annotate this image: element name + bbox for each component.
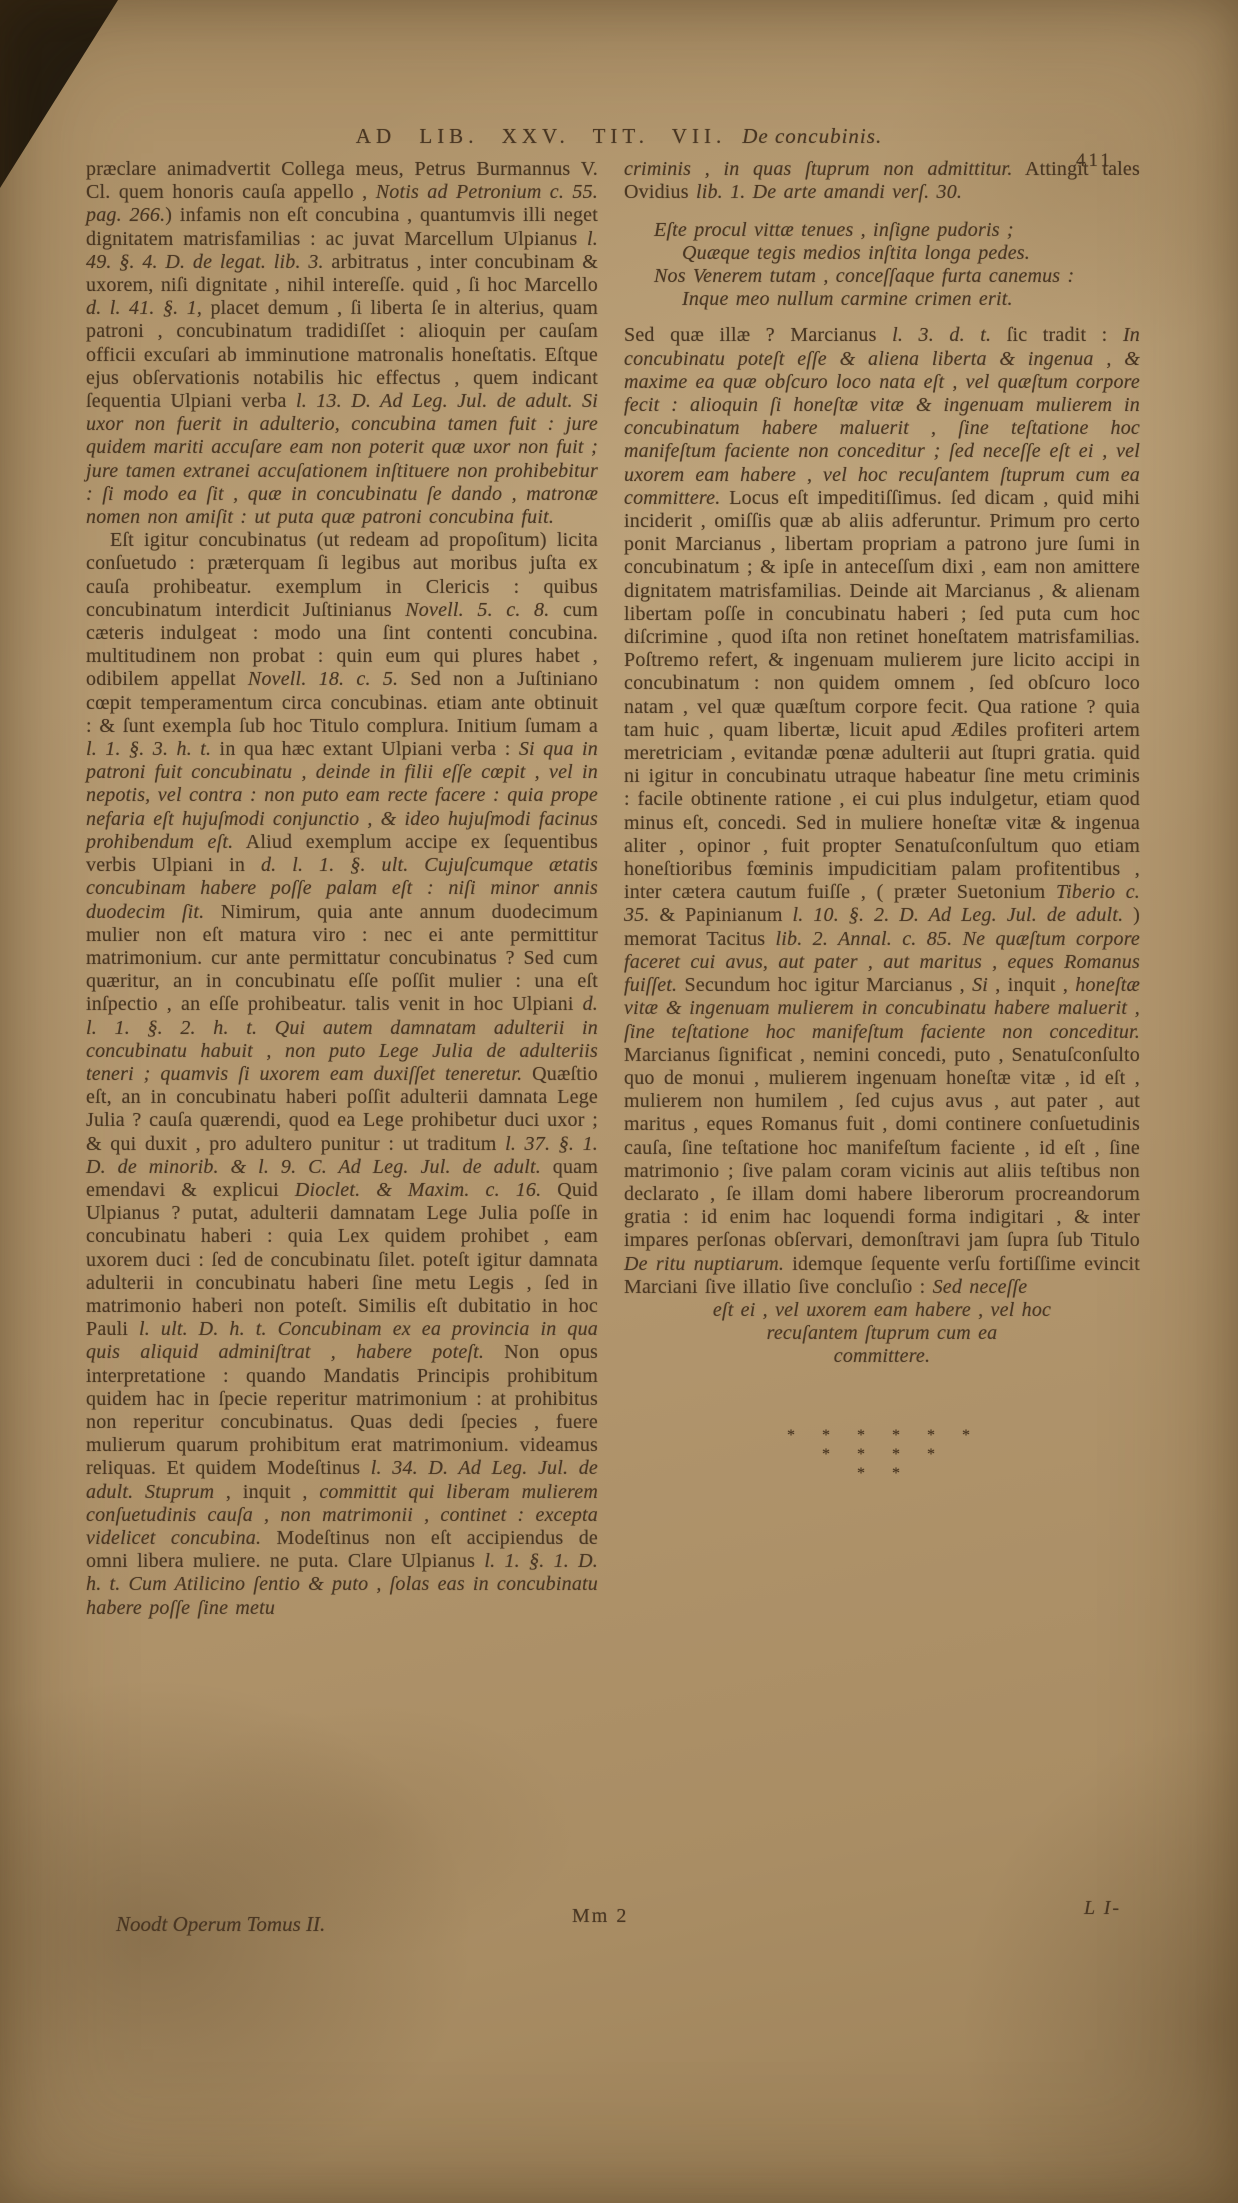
- tail-line: eſt ei , vel uxorem eam habere , vel hoc: [624, 1299, 1140, 1322]
- book-page-scan: AD LIB. XXV. TIT. VII.De concubinis. 411…: [0, 0, 1238, 2203]
- text-segment: Sed neceſſe: [933, 1276, 1028, 1298]
- text-segment: & Papinianum: [650, 904, 793, 926]
- text-segment: ſic tradit :: [991, 324, 1123, 346]
- text-segment: l. 10. §. 2. D. Ad Leg. Jul. de adult.: [792, 904, 1123, 926]
- ornament-row: * * * * * *: [624, 1426, 1140, 1445]
- text-segment: l. 1. §. 3. h. t.: [86, 738, 211, 760]
- text-segment: l. 3. d. t.: [892, 324, 991, 346]
- footer-volume-title: Noodt Operum Tomus II.: [116, 1912, 325, 1937]
- text-segment: Sed quæ illæ ? Marcianus: [624, 324, 892, 346]
- text-segment: Quid Ulpianus ? putat, adulterii damnata…: [86, 1179, 598, 1340]
- text-block: præclare animadvertit Collega meus, Petr…: [86, 158, 1140, 1620]
- text-segment: De ritu nuptiarum.: [624, 1253, 784, 1275]
- text-segment: in qua hæc extant Ulpiani verba :: [211, 738, 519, 760]
- text-segment: , inquit ,: [214, 1481, 319, 1503]
- text-segment: Novell. 5. c. 8.: [405, 599, 549, 621]
- conclusion-tailpiece: eſt ei , vel uxorem eam habere , vel hoc…: [624, 1299, 1140, 1368]
- gathering-signature: Mm 2: [572, 1905, 628, 1928]
- text-segment: , inquit ,: [988, 974, 1075, 996]
- running-header-series: AD LIB. XXV. TIT. VII.: [356, 124, 726, 148]
- text-segment: lib. 2. Annal. c. 85.: [776, 928, 953, 950]
- verse-line: Nos Venerem tutam , conceſſaque furta ca…: [654, 265, 1140, 288]
- verse-line: Eſte procul vittæ tenues , inſigne pudor…: [654, 219, 1140, 242]
- right-column-paragraph-2: Sed quæ illæ ? Marcianus l. 3. d. t. ſic…: [624, 324, 1140, 1299]
- left-column-paragraph-1: præclare animadvertit Collega meus, Petr…: [86, 158, 598, 529]
- tail-line: recuſantem ſtuprum cum ea: [624, 1322, 1140, 1345]
- running-header: AD LIB. XXV. TIT. VII.De concubinis.: [0, 124, 1238, 149]
- text-segment: Secundum hoc igitur Marcianus ,: [677, 974, 972, 996]
- text-segment: d. l. 41. §. 1,: [86, 297, 202, 319]
- text-segment: Novell. 18. c. 5.: [248, 668, 398, 690]
- text-segment: lib. 1. De arte amandi verſ. 30.: [696, 181, 962, 203]
- left-column-paragraph-2: Eſt igitur concubinatus (ut redeam ad pr…: [86, 529, 598, 1620]
- ovid-verse-quotation: Eſte procul vittæ tenues , inſigne pudor…: [654, 219, 1140, 311]
- text-segment: criminis , in quas ſtuprum non admittitu…: [624, 158, 1013, 180]
- text-segment: Si: [972, 974, 988, 996]
- asterisk-ornament: * * * * * ** * * ** *: [624, 1426, 1140, 1483]
- text-segment: Marcianus ſignificat , nemini concedi, p…: [624, 1044, 1140, 1252]
- running-header-title: De concubinis.: [742, 124, 882, 148]
- right-column: criminis , in quas ſtuprum non admittitu…: [624, 158, 1140, 1620]
- tail-line: committere.: [624, 1345, 1140, 1368]
- ornament-row: * *: [624, 1464, 1140, 1483]
- left-column: præclare animadvertit Collega meus, Petr…: [86, 158, 598, 1620]
- ornament-row: * * * *: [624, 1445, 1140, 1464]
- verse-line: Quæque tegis medios inſtita longa pedes.: [654, 242, 1140, 265]
- right-column-paragraph-1: criminis , in quas ſtuprum non admittitu…: [624, 158, 1140, 204]
- catchword: L I-: [1084, 1897, 1121, 1920]
- text-segment: Locus eſt impeditiſſimus. ſed dicam , qu…: [624, 487, 1140, 903]
- text-segment: In concubinatu poteſt eſſe & aliena libe…: [624, 324, 1140, 508]
- verse-line: Inque meo nullum carmine crimen erit.: [654, 288, 1140, 311]
- text-segment: [952, 928, 962, 950]
- text-segment: Dioclet. & Maxim. c. 16.: [295, 1179, 541, 1201]
